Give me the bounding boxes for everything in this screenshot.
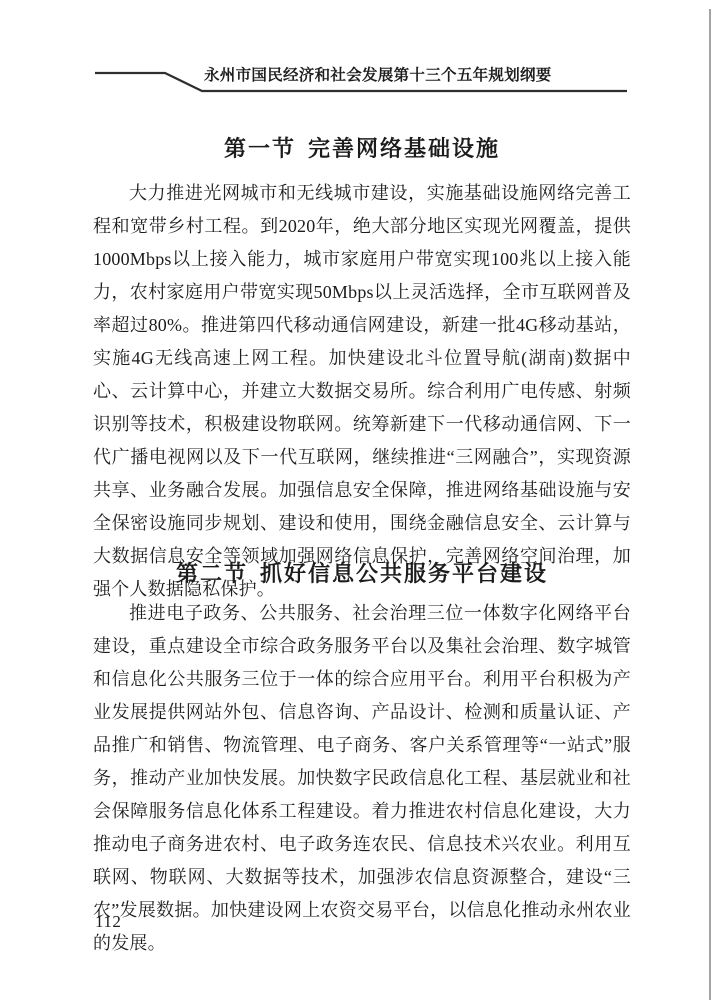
section-heading-2: 第二节抓好信息公共服务平台建设 [93,558,631,590]
section-2-number: 第二节 [176,561,248,586]
page-number: 112 [95,912,121,932]
section-2-title: 抓好信息公共服务平台建设 [260,561,548,586]
document-page: 永州市国民经济和社会发展第十三个五年规划纲要 第一节完善网络基础设施 大力推进光… [0,0,721,1005]
section-1-number: 第一节 [224,136,296,161]
running-header-title: 永州市国民经济和社会发展第十三个五年规划纲要 [204,63,552,85]
section-2-paragraph: 推进电子政务、公共服务、社会治理三位一体数字化网络平台建设，重点建设全市综合政务… [93,597,631,960]
header-rule [0,0,721,100]
section-heading-1: 第一节完善网络基础设施 [93,133,631,165]
section-1-title: 完善网络基础设施 [308,136,500,161]
scan-edge-line [709,9,711,1000]
section-1-paragraph: 大力推进光网城市和无线城市建设，实施基础设施网络完善工程和宽带乡村工程。到202… [93,177,631,606]
